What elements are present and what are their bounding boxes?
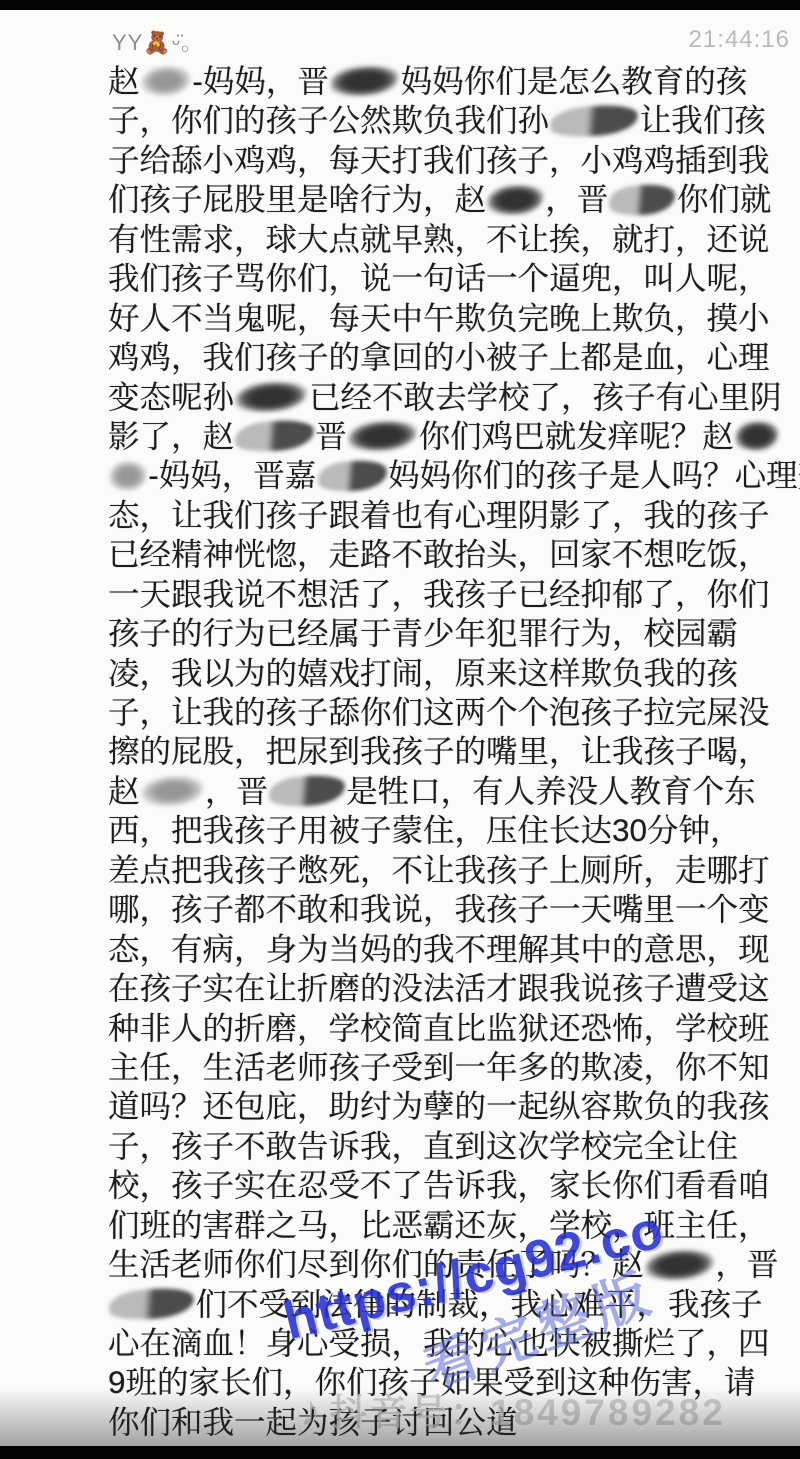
message-line: 有性需求，球大点就早熟，不让挨，就打，还说 [108, 220, 784, 259]
message-line: 西，把我孩子用被子蒙住，压住长达30分钟， [108, 811, 784, 850]
redaction-scribble [734, 420, 781, 454]
chat-screenshot-frame: YY🧸ᵕ̈。 21:44:16 赵-妈妈，晋妈妈你们是怎么教育的孩子，你们的孩子… [0, 0, 800, 1459]
message-line: 我们孩子骂你们，说一句话一个逼兜，叫人呢， [108, 259, 784, 298]
redaction-scribble [108, 459, 148, 492]
message-line: 校，孩子实在忍受不了告诉我，家长你们看看咱 [108, 1166, 784, 1205]
message-line: 子，孩子不敢告诉我，直到这次学校完全让住 [108, 1127, 784, 1166]
message-line: 一天跟我说不想活了，我孩子已经抑郁了，你们 [108, 575, 784, 614]
message-text: 赵-妈妈，晋妈妈你们是怎么教育的孩子，你们的孩子公然欺负我们孙让我们孩子给舔小鸡… [108, 62, 784, 1442]
message-line: 子给舔小鸡鸡，每天打我们孩子，小鸡鸡插到我 [108, 141, 784, 180]
message-line: 变态呢孙已经不敢去学校了，孩子有心里阴 [108, 378, 784, 417]
redaction-scribble [108, 1285, 195, 1322]
message-line: 生活老师你们尽到你们的责任了吗？赵，晋 [108, 1245, 784, 1284]
message-line: 影了，赵晋你们鸡巴就发痒呢？赵 [108, 417, 784, 456]
message-timestamp: 21:44:16 [689, 26, 790, 54]
redaction-scribble [140, 64, 193, 98]
message-header: YY🧸ᵕ̈。 21:44:16 [0, 22, 800, 62]
redaction-scribble [140, 774, 205, 809]
message-line: 种非人的折磨，学校简直比监狱还恐怖，学校班 [108, 1009, 784, 1048]
redaction-scribble [486, 182, 545, 217]
message-line: 孩子的行为已经属于青少年犯罪行为，校园霸 [108, 614, 784, 653]
message-line: 子，让我的孩子舔你们这两个个泡孩子拉完屎没 [108, 693, 784, 732]
message-line: -妈妈，晋嘉妈妈你们的孩子是人吗？心理变 [108, 456, 784, 495]
message-line: 你们和我一起为孩子讨回公道 [108, 1403, 784, 1442]
message-line: 主任，生活老师孩子受到一年多的欺凌，你不知 [108, 1048, 784, 1087]
redaction-scribble [234, 379, 309, 415]
message-line: 已经精神恍惚，走路不敢抬头，回家不想吃饭， [108, 535, 784, 574]
message-line: 赵，晋是牲口，有人养没人教育个东 [108, 772, 784, 811]
message-line: 心在滴血！身心受损，我的心也快被撕烂了，四 [108, 1324, 784, 1363]
message-line: 差点把我孩子憋死，不让我孩子上厕所，走哪打 [108, 851, 784, 890]
redaction-scribble [549, 102, 639, 139]
message-line: 们不受到法律的制裁，我心难平，我孩子 [108, 1285, 784, 1324]
message-line: 们孩子屁股里是啥行为，赵，晋你们就 [108, 180, 784, 219]
video-letterbox-top [0, 0, 800, 10]
message-line: 道吗？还包庇，助纣为孽的一起纵容欺负的我孩 [108, 1087, 784, 1126]
redaction-scribble [347, 418, 419, 454]
redaction-scribble [608, 182, 676, 218]
message-line: 好人不当鬼呢，每天中午欺负完晚上欺负，摸小 [108, 299, 784, 338]
message-line: 态，有病，身为当妈的我不理解其中的意思，现 [108, 930, 784, 969]
message-line: 鸡鸡，我们孩子的拿回的小被子上都是血，心理 [108, 338, 784, 377]
redaction-scribble [234, 418, 315, 455]
message-line: 赵-妈妈，晋妈妈你们是怎么教育的孩 [108, 62, 784, 101]
message-line: 擦的屁股，把尿到我孩子的嘴里，让我孩子喝， [108, 732, 784, 771]
video-letterbox-bottom [0, 1446, 800, 1459]
message-line: 9班的家长们，你们孩子如果受到这种伤害，请 [108, 1363, 784, 1402]
message-line: 们班的害群之马，比恶霸还灰，学校，班主任， [108, 1206, 784, 1245]
message-line: 哪，孩子都不敢和我说，我孩子一天嘴里一个变 [108, 890, 784, 929]
sender-username: YY🧸ᵕ̈。 [112, 26, 204, 57]
message-line: 子，你们的孩子公然欺负我们孙让我们孩 [108, 101, 784, 140]
message-line: 在孩子实在让折磨的没法活才跟我说孩子遭受这 [108, 969, 784, 1008]
redaction-scribble [644, 1247, 716, 1283]
redaction-scribble [268, 773, 346, 809]
message-line: 凌，我以为的嬉戏打闹，原来这样欺负我的孩 [108, 654, 784, 693]
redaction-scribble [329, 64, 401, 100]
message-line: 态，让我们孩子跟着也有心理阴影了，我的孩子 [108, 496, 784, 535]
redaction-scribble [316, 458, 388, 494]
